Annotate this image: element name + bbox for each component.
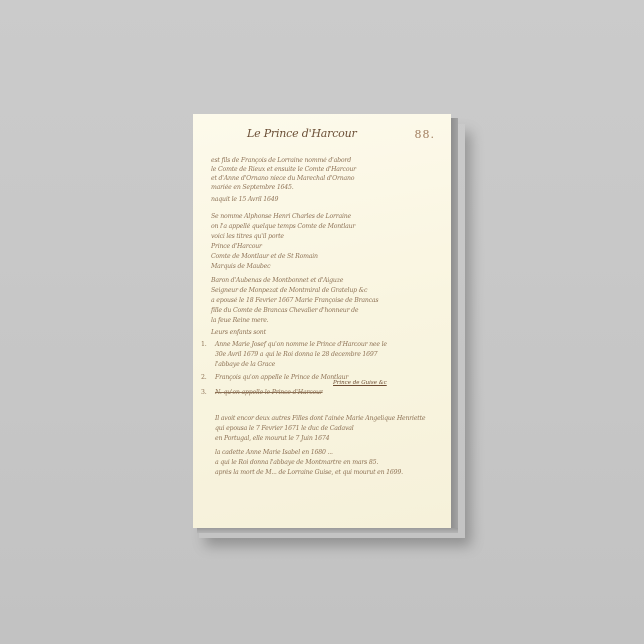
text-line: et d'Anne d'Ornano niece du Marechal d'O… xyxy=(211,176,354,182)
text-line: Se nomme Alphonse Henri Charles de Lorra… xyxy=(211,214,351,220)
manuscript-page: Le Prince d'Harcour 88. est fils de Fran… xyxy=(193,114,451,528)
child-text: Anne Marie Josef qu'on nomme le Prince d… xyxy=(215,341,387,348)
manuscript-title: Le Prince d'Harcour xyxy=(247,128,357,139)
canvas-bottom-edge xyxy=(197,528,458,533)
text-line: a epousé le 18 Fevrier 1667 Marie Franço… xyxy=(211,298,378,304)
child-entry-3: 3.N. qu'on appelle le Prince d'Harcour xyxy=(201,390,323,396)
correction-note: Prince de Guise &c xyxy=(333,380,387,386)
text-line: Baron d'Aubenas de Montbonnet et d'Aiguz… xyxy=(211,278,343,284)
text-line: après la mort de M... de Lorraine Guise,… xyxy=(215,470,403,476)
text-line: est fils de François de Lorraine nommé d… xyxy=(211,158,351,164)
text-line: a qui le Roi donna l'abbaye de Montmartr… xyxy=(215,460,378,466)
text-line: Leurs enfants sont xyxy=(211,330,266,336)
child-text: N. qu'on appelle le Prince d'Harcour xyxy=(215,389,323,396)
child-number: 3. xyxy=(201,390,215,396)
canvas-side-edge xyxy=(451,118,458,532)
child-entry-2: 2.François qu'on appelle le Prince de Mo… xyxy=(201,375,348,381)
text-line: en Portugal, elle mourut le 7 Juin 1674 xyxy=(215,436,329,442)
text-line: on l'a appellé quelque temps Comte de Mo… xyxy=(211,224,355,230)
text-line: la feue Reine mere. xyxy=(211,318,268,324)
text-line: Prince d'Harcour xyxy=(211,244,262,250)
text-line: qui epousa le 7 Fevrier 1671 le duc de C… xyxy=(215,426,354,432)
canvas-print: Le Prince d'Harcour 88. est fils de Fran… xyxy=(193,114,451,528)
text-line: voici les titres qu'il porte xyxy=(211,234,284,240)
text-line: la cadette Anne Marie Isabel en 1680 ... xyxy=(215,450,333,456)
child-entry-1-cont2: l'abbaye de la Grace xyxy=(215,362,275,368)
text-line: fille du Comte de Brancas Chevalier d'ho… xyxy=(211,308,358,314)
text-line: Il avoit encor deux autres Filles dont l… xyxy=(215,416,425,422)
child-entry-1: 1.Anne Marie Josef qu'on nomme le Prince… xyxy=(201,342,387,348)
text-line: naquit le 15 Avril 1649 xyxy=(211,197,278,203)
child-text: François qu'on appelle le Prince de Mont… xyxy=(215,374,348,381)
child-number: 2. xyxy=(201,375,215,381)
child-number: 1. xyxy=(201,342,215,348)
text-line: mariée en Septembre 1645. xyxy=(211,185,294,191)
page-number: 88. xyxy=(415,129,436,140)
text-line: Seigneur de Monpezat de Montmiral de Gra… xyxy=(211,288,367,294)
text-line: Comte de Montlaur et de St Romain xyxy=(211,254,318,260)
text-line: le Comte de Rieux et ensuite le Comte d'… xyxy=(211,167,356,173)
text-line: Marquis de Maubec xyxy=(211,264,270,270)
child-entry-1-cont: 30e Avril 1679 a qui le Roi donna le 28 … xyxy=(215,352,377,358)
